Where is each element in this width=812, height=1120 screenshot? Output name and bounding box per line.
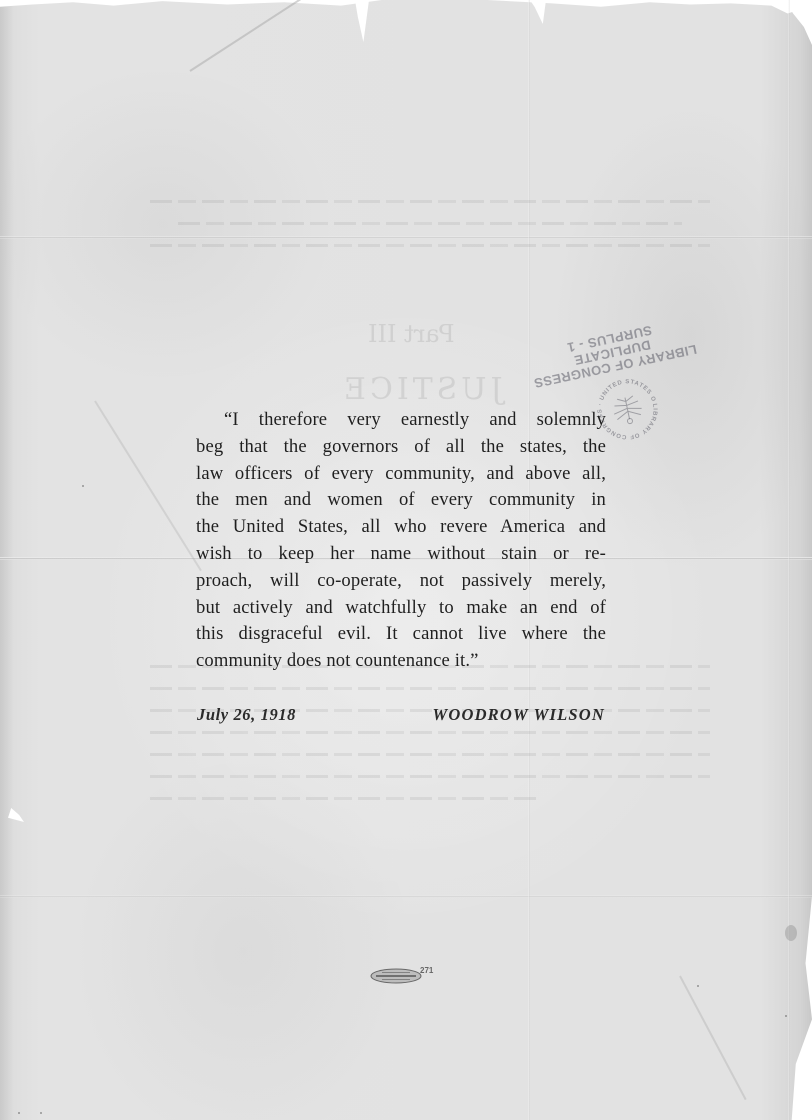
paper-speck [697, 985, 699, 987]
quote-line: beg that the governors of all the states… [196, 434, 606, 461]
bleed-through-heading: Part III [368, 320, 455, 348]
quote-date: July 26, 1918 [197, 705, 296, 725]
paper-speck [18, 1112, 20, 1114]
quote-line: but actively and watchfully to make an e… [196, 595, 606, 622]
paper-speck [785, 1015, 787, 1017]
signoff: July 26, 1918 WOODROW WILSON [197, 705, 605, 725]
quote-line: “I therefore very earnestly and solemnly [196, 407, 606, 434]
paper-speck [40, 1112, 42, 1114]
quote-line: proach, will co-operate, not passively m… [196, 568, 606, 595]
printer-mark-number: 271 [420, 966, 433, 975]
wilson-quote: “I therefore very earnestly and solemnly… [196, 407, 606, 675]
quote-line: the men and women of every community in [196, 487, 606, 514]
quote-line: the United States, all who revere Americ… [196, 514, 606, 541]
fold-line-vertical-right [788, 0, 790, 1120]
fold-line-lower [0, 895, 812, 898]
bleed-through-text-lower [150, 665, 710, 819]
paper-speck [82, 485, 84, 487]
quote-line: this disgraceful evil. It cannot live wh… [196, 621, 606, 648]
paper-stain [785, 925, 797, 941]
union-label-icon [370, 968, 422, 984]
quote-line: law officers of every community, and abo… [196, 461, 606, 488]
bleed-through-title: JUSTICE [340, 372, 503, 407]
quote-line: wish to keep her name without stain or r… [196, 541, 606, 568]
quote-line: community does not countenance it.” [196, 648, 606, 675]
quote-author: WOODROW WILSON [432, 705, 605, 725]
